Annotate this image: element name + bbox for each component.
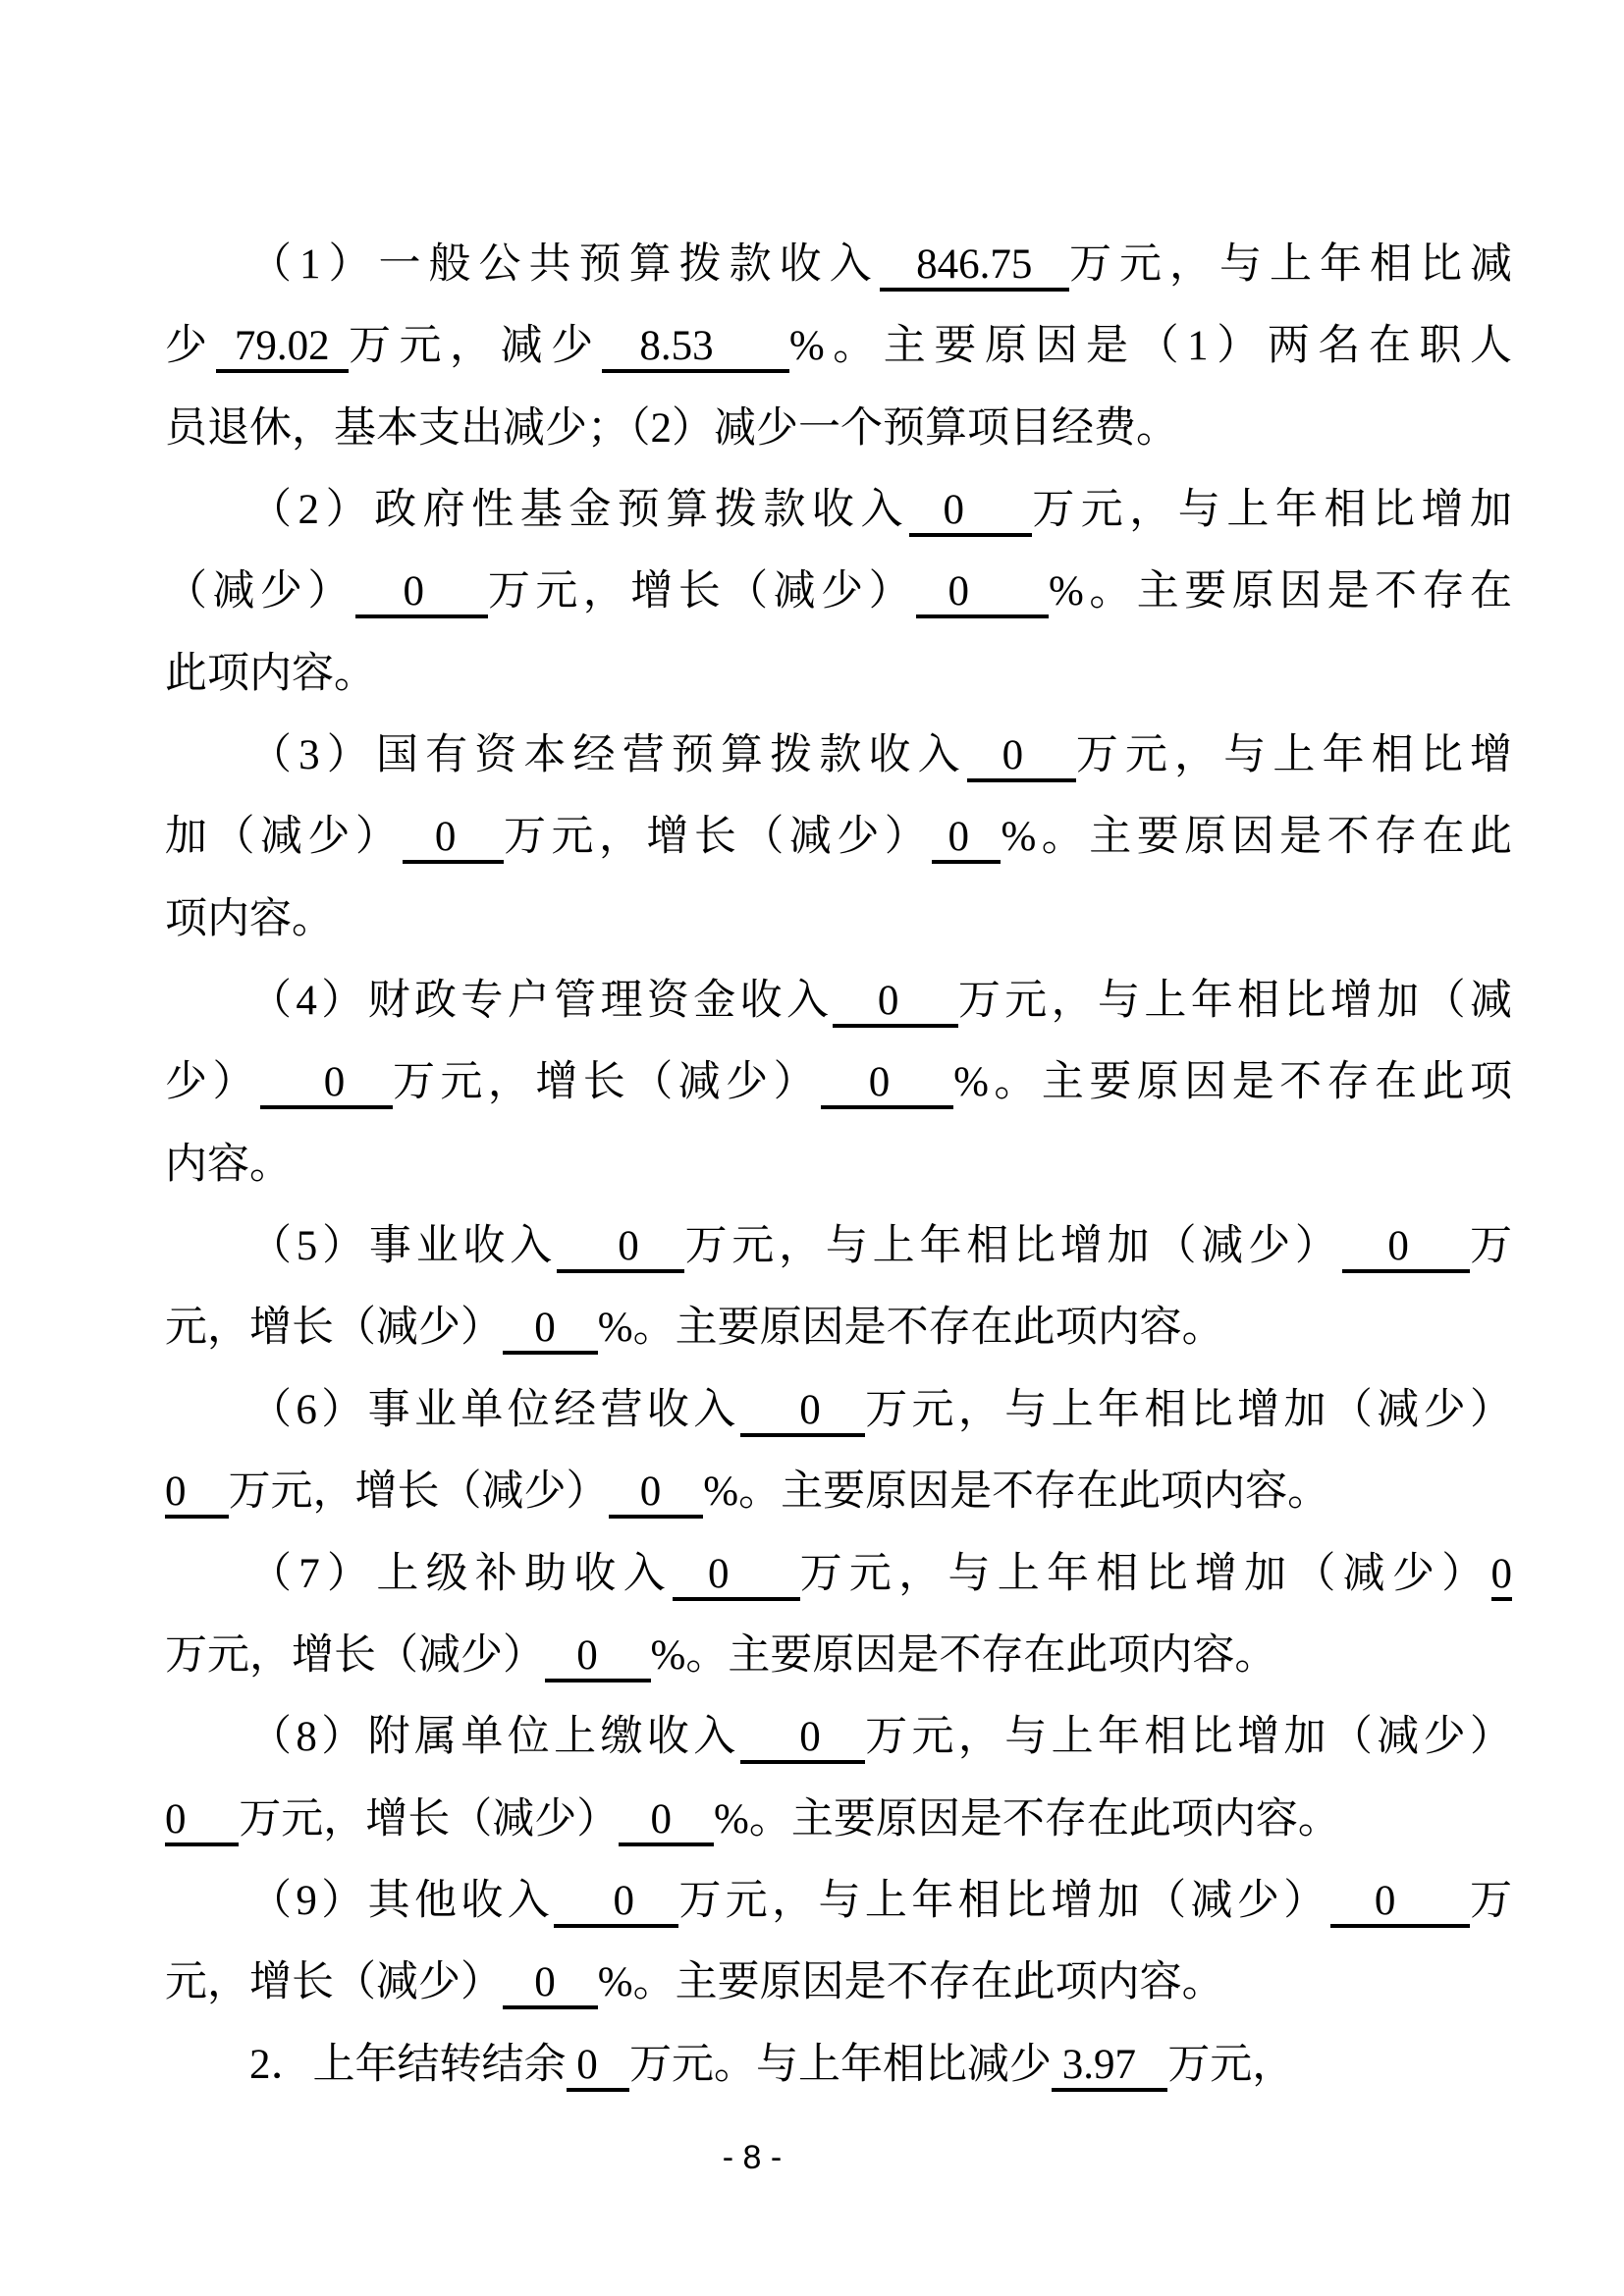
text-run: %。主要原因是不存在: [1049, 568, 1512, 614]
text-run: 万元，与上年相比增加（减少）: [678, 1878, 1329, 1924]
text-line: 少） 0 万元，增长（减少） 0 %。主要原因是不存在此项: [165, 1041, 1512, 1123]
fill-in-value: 846.75: [880, 241, 1069, 292]
text-run: 万元，与上年相比增: [1076, 732, 1512, 778]
fill-in-value: 0: [967, 732, 1076, 782]
fill-in-value: 0: [557, 1223, 684, 1273]
text-line: 项内容。: [165, 879, 1512, 960]
text-run: 万元，与上年相比增加（减少）: [800, 1551, 1491, 1597]
text-run: 万元，增长（减少）: [239, 1796, 619, 1842]
text-run: 少）: [165, 1059, 260, 1105]
text-run: 万元，与上年相比增加（减少）: [684, 1223, 1341, 1269]
text-run: （8）附属单位上缴收入: [249, 1714, 740, 1760]
fill-in-value: 0: [619, 1796, 714, 1846]
text-run: （9）其他收入: [249, 1878, 554, 1924]
text-line: （7）上级补助收入 0 万元，与上年相比增加（减少）0: [165, 1533, 1512, 1615]
text-line: 2．上年结转结余 0 万元。与上年相比减少 3.97 万元，: [165, 2024, 1512, 2106]
text-run: 万元，与上年相比增加（减少）: [865, 1714, 1512, 1760]
fill-in-value: 0: [545, 1632, 651, 1682]
text-run: 万元，增长（减少）: [229, 1468, 609, 1515]
text-line: 0 万元，增长（减少） 0 %。主要原因是不存在此项内容。: [165, 1451, 1512, 1532]
fill-in-value: 0: [1491, 1551, 1513, 1601]
text-run: 元，增长（减少）: [165, 1305, 503, 1351]
text-run: 内容。: [165, 1142, 292, 1188]
fill-in-value: 0: [554, 1878, 678, 1928]
fill-in-value: 0: [165, 1468, 229, 1519]
document-page: （1）一般公共预算拨款收入 846.75 万元，与上年相比减少 79.02 万元…: [0, 0, 1624, 2296]
text-line: 少 79.02 万元，减少 8.53 %。主要原因是（1）两名在职人: [165, 305, 1512, 387]
fill-in-value: 0: [503, 1959, 598, 2009]
fill-in-value: 0: [403, 814, 504, 864]
text-run: 万元，: [1167, 2042, 1294, 2088]
fill-in-value: 0: [567, 2042, 630, 2092]
fill-in-value: 3.97: [1052, 2042, 1167, 2092]
text-line: 内容。: [165, 1124, 1512, 1205]
text-line: 此项内容。: [165, 633, 1512, 715]
text-line: （6）事业单位经营收入 0 万元，与上年相比增加（减少）: [165, 1369, 1512, 1451]
text-line: （8）附属单位上缴收入 0 万元，与上年相比增加（减少）: [165, 1696, 1512, 1778]
text-line: 元，增长（减少） 0 %。主要原因是不存在此项内容。: [165, 1287, 1512, 1368]
fill-in-value: 0: [355, 568, 488, 618]
text-run: 万元，与上年相比增加: [1032, 487, 1512, 533]
text-run: 万: [1470, 1878, 1512, 1924]
text-line: （2）政府性基金预算拨款收入 0 万元，与上年相比增加: [165, 469, 1512, 551]
text-run: 此项内容。: [165, 651, 376, 697]
text-run: （2）政府性基金预算拨款收入: [249, 487, 909, 533]
text-run: 万元，与上年相比增加（减: [958, 978, 1512, 1024]
text-run: （1）一般公共预算拨款收入: [249, 241, 880, 288]
text-run: 万元，增长（减少）: [393, 1059, 821, 1105]
text-run: （6）事业单位经营收入: [249, 1387, 740, 1433]
text-run: （减少）: [165, 568, 355, 614]
text-run: %。主要原因是不存在此项内容。: [703, 1468, 1329, 1515]
text-line: （减少） 0 万元，增长（减少） 0 %。主要原因是不存在: [165, 551, 1512, 632]
fill-in-value: 0: [165, 1796, 239, 1846]
fill-in-value: 0: [1330, 1878, 1470, 1928]
text-line: 万元，增长（减少） 0 %。主要原因是不存在此项内容。: [165, 1615, 1512, 1696]
text-run: 万元，减少: [349, 323, 602, 369]
fill-in-value: 0: [260, 1059, 393, 1109]
text-run: 万元，增长（减少）: [165, 1632, 545, 1679]
fill-in-value: 0: [932, 814, 1001, 864]
text-run: （5）事业收入: [249, 1223, 557, 1269]
text-run: %。主要原因是不存在此项内容。: [598, 1305, 1224, 1351]
text-run: 项内容。: [165, 896, 334, 942]
fill-in-value: 0: [833, 978, 957, 1028]
fill-in-value: 0: [740, 1714, 865, 1764]
fill-in-value: 0: [821, 1059, 953, 1109]
text-run: %。主要原因是不存在此项内容。: [714, 1796, 1340, 1842]
text-run: 万元。与上年相比减少: [629, 2042, 1052, 2088]
text-line: 员退休，基本支出减少；（2）减少一个预算项目经费。: [165, 388, 1512, 469]
text-run: （3）国有资本经营预算拨款收入: [249, 732, 967, 778]
text-line: 0 万元，增长（减少） 0 %。主要原因是不存在此项内容。: [165, 1779, 1512, 1860]
text-run: 少: [165, 323, 216, 369]
fill-in-value: 79.02: [216, 323, 349, 373]
text-line: （1）一般公共预算拨款收入 846.75 万元，与上年相比减: [165, 224, 1512, 305]
text-run: 2．上年结转结余: [249, 2042, 567, 2088]
text-run: 万元，增长（减少）: [504, 814, 932, 860]
text-run: （4）财政专户管理资金收入: [249, 978, 833, 1024]
fill-in-value: 0: [503, 1305, 598, 1355]
text-run: 加（减少）: [165, 814, 403, 860]
text-run: 元，增长（减少）: [165, 1959, 503, 2005]
text-line: 加（减少） 0 万元，增长（减少） 0 %。主要原因是不存在此: [165, 796, 1512, 878]
text-run: （7）上级补助收入: [249, 1551, 673, 1597]
fill-in-value: 0: [740, 1387, 865, 1437]
fill-in-value: 0: [916, 568, 1049, 618]
text-run: 万元，与上年相比减: [1069, 241, 1512, 288]
text-run: %。主要原因是不存在此项: [953, 1059, 1512, 1105]
text-run: 万元，增长（减少）: [488, 568, 916, 614]
text-run: 万元，与上年相比增加（减少）: [865, 1387, 1512, 1433]
text-line: （4）财政专户管理资金收入 0 万元，与上年相比增加（减: [165, 960, 1512, 1041]
document-body: （1）一般公共预算拨款收入 846.75 万元，与上年相比减少 79.02 万元…: [165, 224, 1512, 2106]
text-run: 员退休，基本支出减少；（2）减少一个预算项目经费。: [165, 405, 1178, 452]
text-line: （5）事业收入 0 万元，与上年相比增加（减少） 0 万: [165, 1205, 1512, 1287]
text-line: 元，增长（减少） 0 %。主要原因是不存在此项内容。: [165, 1942, 1512, 2023]
fill-in-value: 0: [909, 487, 1032, 537]
text-run: %。主要原因是（1）两名在职人: [789, 323, 1512, 369]
text-line: （3）国有资本经营预算拨款收入 0 万元，与上年相比增: [165, 715, 1512, 796]
text-run: %。主要原因是不存在此项内容。: [651, 1632, 1277, 1679]
page-number: - 8 -: [687, 2128, 817, 2187]
fill-in-value: 0: [673, 1551, 800, 1601]
text-run: %。主要原因是不存在此: [1001, 814, 1512, 860]
text-run: 万: [1470, 1223, 1512, 1269]
fill-in-value: 0: [1342, 1223, 1470, 1273]
fill-in-value: 8.53: [602, 323, 789, 373]
text-line: （9）其他收入 0 万元，与上年相比增加（减少） 0 万: [165, 1860, 1512, 1942]
text-run: %。主要原因是不存在此项内容。: [598, 1959, 1224, 2005]
fill-in-value: 0: [609, 1468, 704, 1519]
